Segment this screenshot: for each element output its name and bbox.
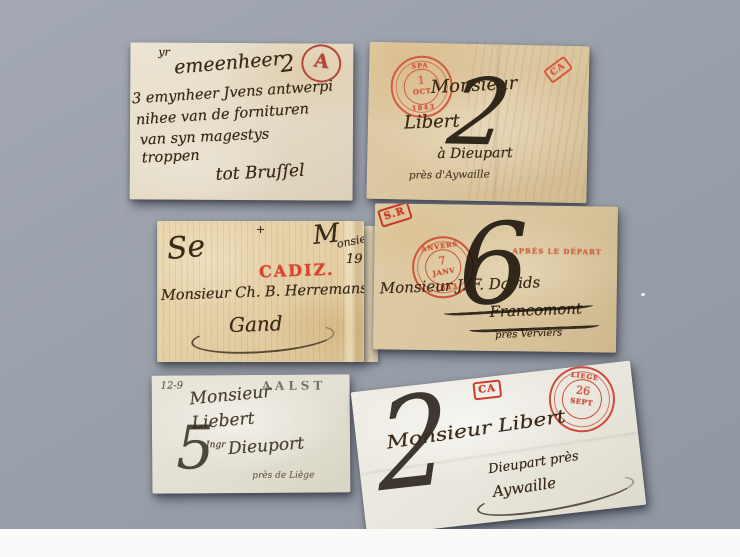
letter-brussels: yr emeenheer 2 A 3 emynheer Jvens antwer… (130, 42, 354, 200)
destination-line: Dieupart près (487, 450, 579, 476)
address-line: nihee van de fornituren (136, 102, 310, 128)
letter-cadiz: + Se M onsieur 19 CADIZ. Monsieur Ch. B.… (157, 221, 364, 362)
address-line: van syn magestys (140, 127, 270, 148)
flourish-underline (190, 318, 336, 358)
cadiz-linear-postmark: CADIZ. (259, 260, 335, 282)
letter-aalst: 12-9 AALST Monsieur Liebert 5 Ingr Dieup… (152, 374, 351, 493)
address-line: troppen (141, 149, 200, 166)
handwritten-small-note: Ingr (206, 441, 225, 450)
destination-detail-line: près d'Aywaille (409, 169, 490, 181)
handwritten-corner-note: yr (158, 47, 170, 58)
destination-detail-line: près de Liège (252, 472, 314, 481)
photo-six-antique-letters: yr emeenheer 2 A 3 emynheer Jvens antwer… (0, 0, 740, 557)
recipient-line: Libert (404, 113, 460, 133)
handwritten-cross: + (256, 224, 265, 235)
boxed-ca-mark: CA (472, 379, 502, 400)
script-word-rest: onsieur (336, 230, 364, 249)
boxed-ca-mark: CA (543, 55, 574, 84)
destination-line: Dieuport (227, 435, 304, 458)
letter-spa: SPA 1 OCT 1843 CA 2 Monsieur Libert à Di… (366, 42, 589, 204)
destination-line: à Dieupart (437, 146, 513, 161)
photo-bottom-border (0, 529, 740, 557)
handwritten-paraph: 19 (346, 253, 363, 266)
letter-liege: CA LIEGE 26 SEPT 2 Monsieur Libert Dieup… (351, 361, 647, 537)
flourish-underline (475, 467, 637, 524)
destination-line: tot Bruſſel (215, 163, 305, 184)
script-prefix: Se (166, 232, 207, 265)
letter-anvers: S.R ANVERS 7 JANV 1843 APRÈS LE DÉPART 6… (373, 203, 618, 352)
dust-speck (641, 293, 645, 296)
recipient-line: Monsieur Ch. B. Herremans (161, 282, 364, 304)
address-line: Monsieur (189, 384, 272, 409)
handwritten-corner-note: 12-9 (161, 381, 184, 391)
handwritten-flourish: 2 (279, 52, 297, 77)
address-line: Monsieur (430, 75, 517, 97)
boxed-sr-mark: S.R (377, 203, 412, 227)
postmark-letter: A (313, 49, 331, 73)
address-line: emeenheer (174, 50, 283, 78)
